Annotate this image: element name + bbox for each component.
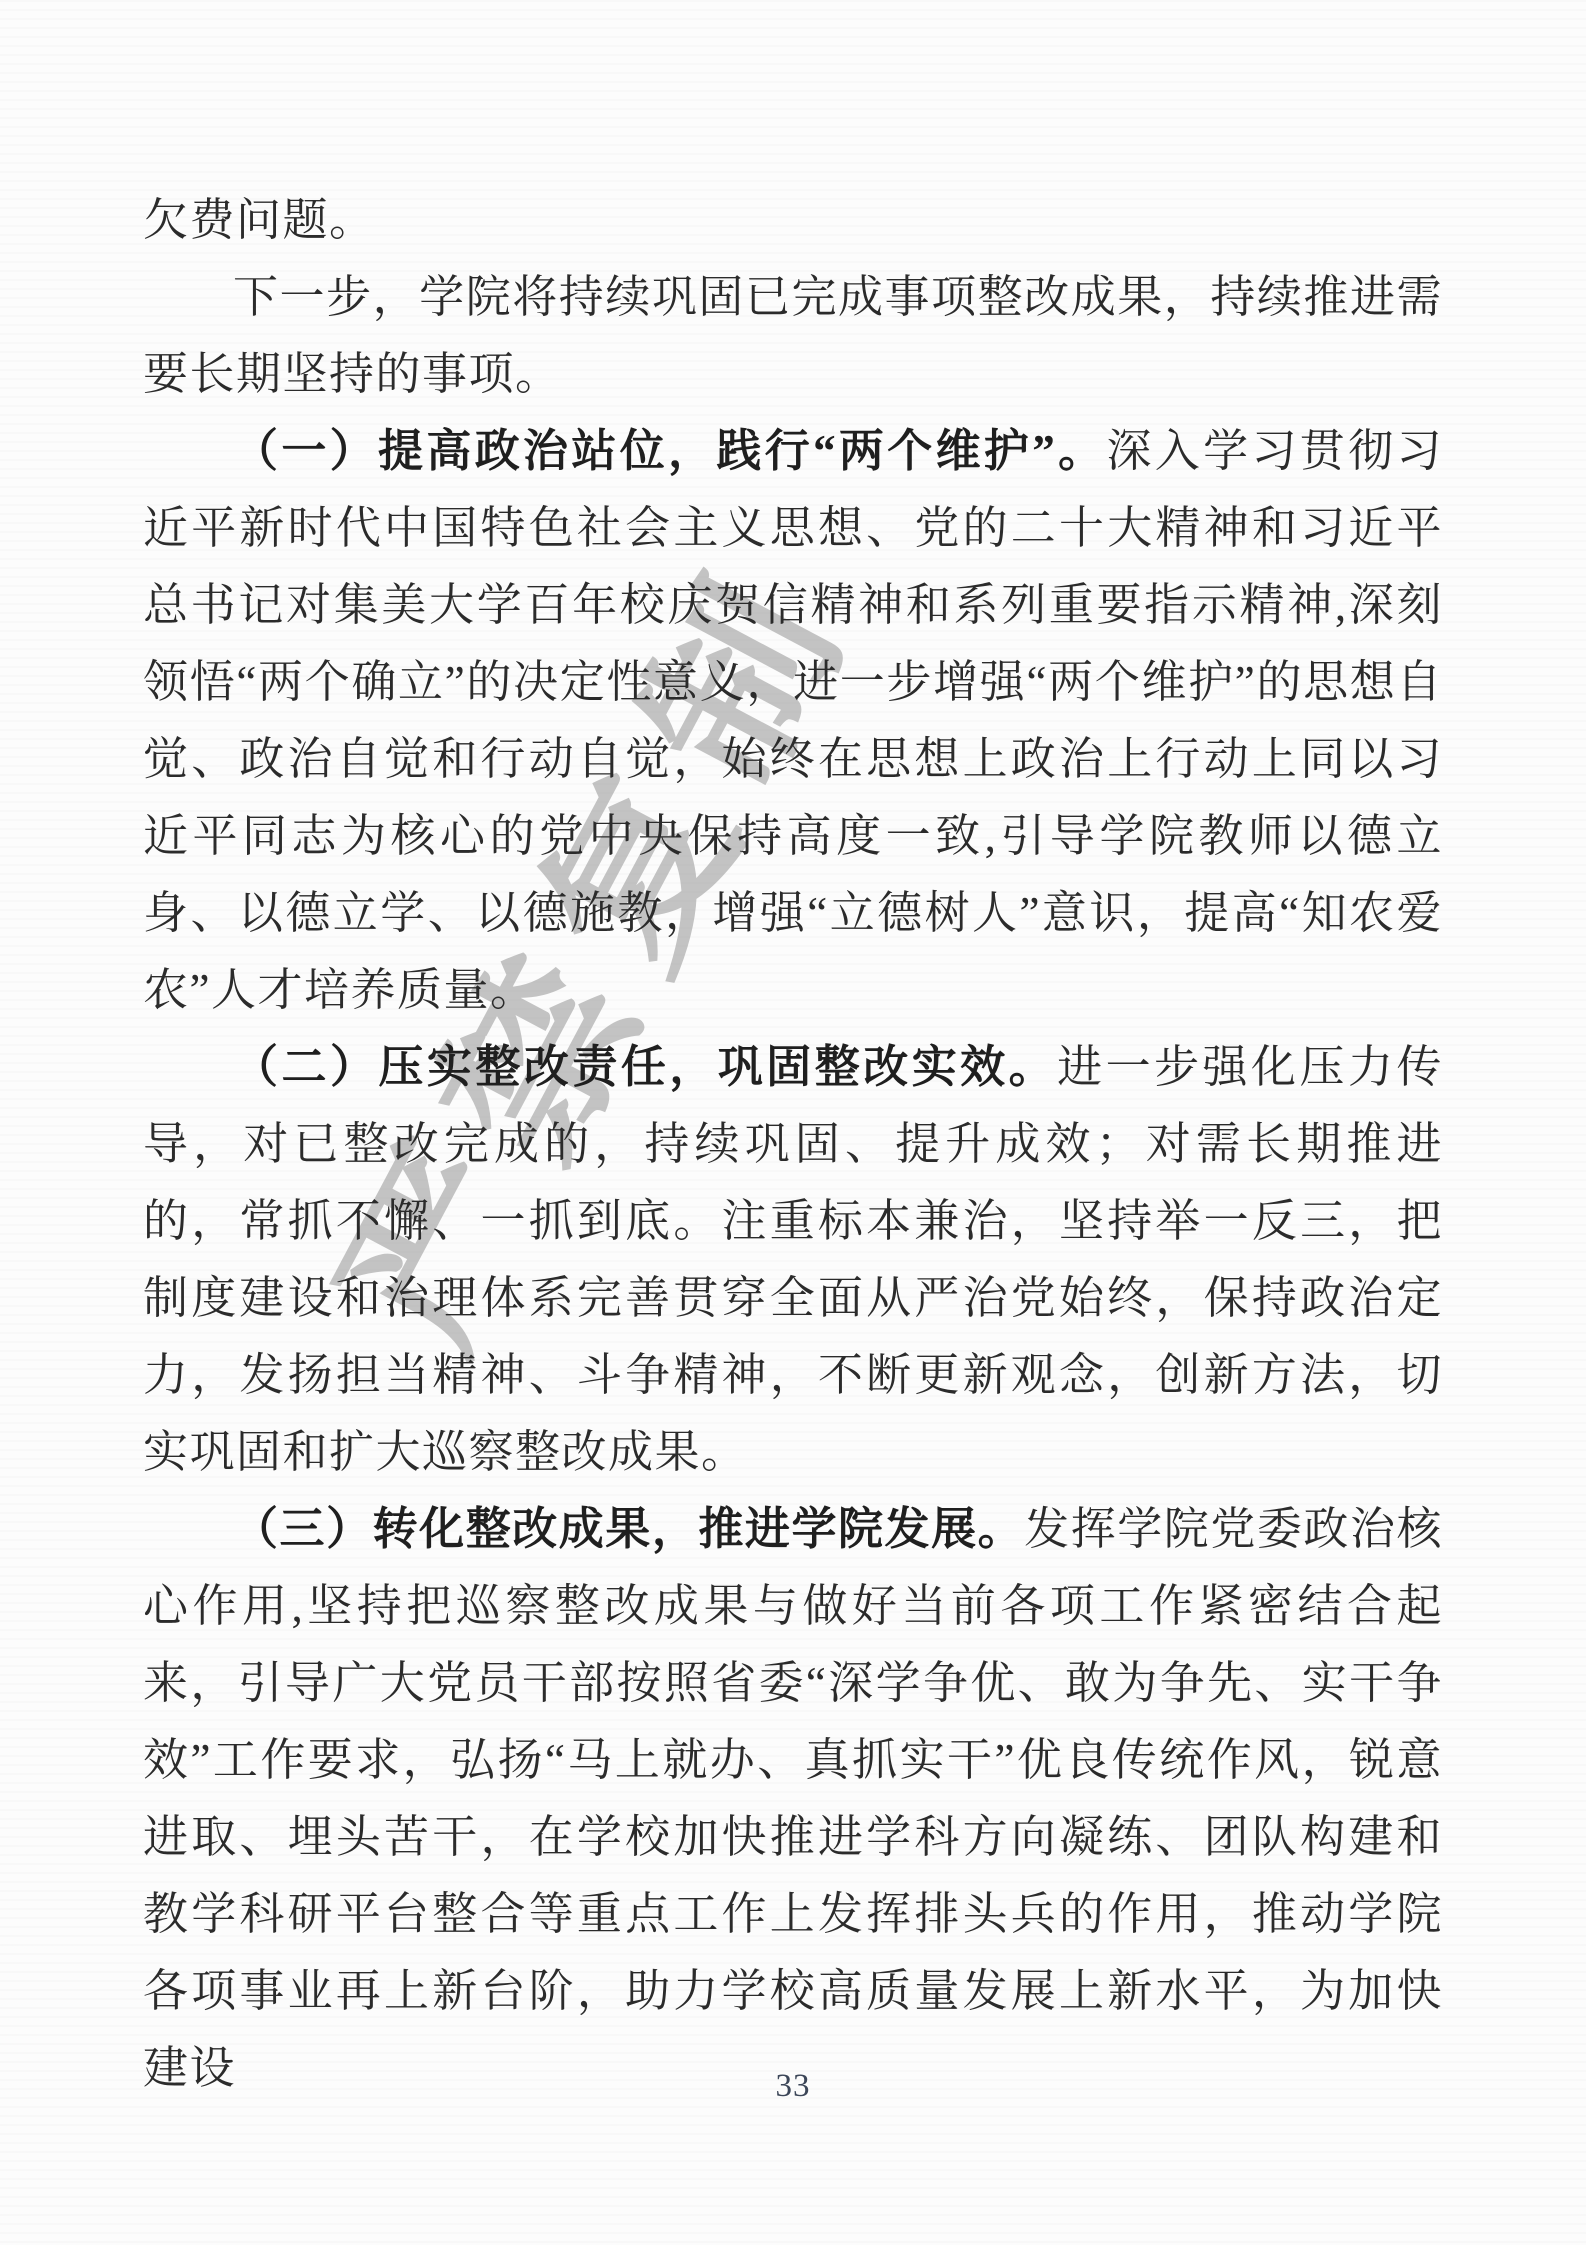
paragraph-text: 欠费问题。 xyxy=(143,195,376,245)
paragraph-text: 下一步，学院将持续巩固已完成事项整改成果，持续推进需要长期坚持的事项。 xyxy=(143,272,1443,399)
document-body: 欠费问题。下一步，学院将持续巩固已完成事项整改成果，持续推进需要长期坚持的事项。… xyxy=(143,182,1443,2107)
section-heading: （二）压实整改责任，巩固整改实效。 xyxy=(233,1042,1057,1092)
page-number: 33 xyxy=(0,2066,1586,2106)
paragraph-text: 发挥学院党委政治核心作用,坚持把巡察整改成果与做好当前各项工作紧密结合起来，引导… xyxy=(143,1504,1443,2093)
section-heading: （三）转化整改成果，推进学院发展。 xyxy=(233,1504,1024,1554)
document-page: 严禁复制 欠费问题。下一步，学院将持续巩固已完成事项整改成果，持续推进需要长期坚… xyxy=(0,0,1586,2245)
paragraph-text: 进一步强化压力传导，对已整改完成的，持续巩固、提升成效；对需长期推进的，常抓不懈… xyxy=(143,1042,1443,1477)
paragraph: （一）提高政治站位，践行“两个维护”。深入学习贯彻习近平新时代中国特色社会主义思… xyxy=(143,413,1443,1029)
paragraph: 欠费问题。 xyxy=(143,182,1443,259)
paragraph: 下一步，学院将持续巩固已完成事项整改成果，持续推进需要长期坚持的事项。 xyxy=(143,259,1443,413)
paragraph: （二）压实整改责任，巩固整改实效。进一步强化压力传导，对已整改完成的，持续巩固、… xyxy=(143,1029,1443,1491)
paragraph-text: 深入学习贯彻习近平新时代中国特色社会主义思想、党的二十大精神和习近平总书记对集美… xyxy=(143,426,1443,1015)
section-heading: （一）提高政治站位，践行“两个维护”。 xyxy=(233,426,1106,476)
paragraph: （三）转化整改成果，推进学院发展。发挥学院党委政治核心作用,坚持把巡察整改成果与… xyxy=(143,1491,1443,2107)
